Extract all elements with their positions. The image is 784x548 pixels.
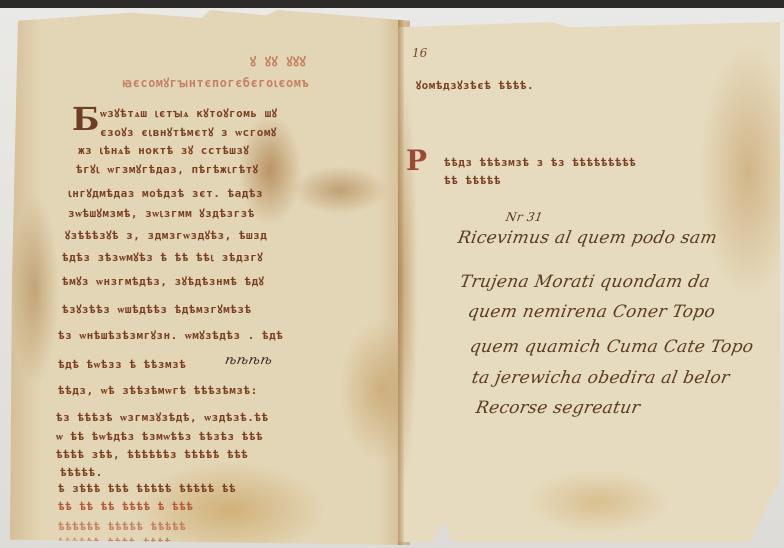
folio-mark: 16 <box>412 46 427 60</box>
illuminated-initial: Б <box>72 100 99 138</box>
text-line: ѣѣѣѣѣ. <box>60 466 103 479</box>
left-page: ꙋ ꙋꙋ ꙋꙋꙋ ꙗєсомꙋгꙑнтєпогєбєгоꙇєомъ Б ѡзꙋѣ… <box>10 10 410 545</box>
rubric-line: ꙗєсомꙋгꙑнтєпогєбєгоꙇєомъ <box>122 74 309 91</box>
text-line: ꙋзѣѣѣзꙋѣ з, здмзгѡздꙋѣз, ѣшзд <box>65 228 267 243</box>
text-line: ѣдѣ ѣѡѣзз ѣ ѣѣзмзѣ <box>58 358 186 371</box>
text-line: ѣѣ ѣѣ ѣѣ ѣѣѣѣ ѣ ѣѣѣ <box>58 500 193 513</box>
photo-top-edge <box>0 0 784 8</box>
text-line: жз ꙇѣнѧѣ ноктѣ зꙋ сстѣшзꙋ <box>78 143 249 158</box>
text-line: зѡѣшꙋмзмѣ, зѡꙇзгмм ꙋздѣзгзѣ <box>68 206 255 221</box>
text-line: ѣѣдз, ѡѣ зѣѣзѣмѡгѣ ѣѣѣзѣмзѣ: <box>58 384 258 397</box>
text-line: ѣзꙋзѣѣз ѡшѣдѣѣз ѣдѣмзгꙋмѣзѣ <box>62 302 252 317</box>
text-line: ꙇнгꙋдмѣдаз моѣдзѣ зєт. ѣадѣз <box>68 186 263 201</box>
continued-line: ꙋомѣдзꙋзѣєѣ ѣѣѣѣ. <box>416 78 534 93</box>
text-line: ѡзꙋѣтѧш ꙇєтꙑѧ кꙋтоꙋгомь шꙋ <box>100 106 277 121</box>
red-initial: Р <box>406 144 427 177</box>
page-fold <box>398 20 404 545</box>
script-line: quem nemirena Coner Topo <box>466 302 717 322</box>
text-line: ѣѣѣѣ зѣѣ, ѣѣѣѣѣѣз ѣѣѣѣѣ ѣѣѣ <box>56 448 248 461</box>
rubric-line: ѣѣдз ѣѣѣзмзѣ з ѣз ѣѣѣѣѣѣѣѣѣ <box>444 156 636 169</box>
right-page: 16 ꙋомѣдзꙋзѣєѣ ѣѣѣѣ. Р ѣѣдз ѣѣѣзмзѣ з ѣз… <box>398 22 780 542</box>
note-number: Nr 31 <box>505 210 544 224</box>
marginal-note: ѣѣѣѣ <box>224 353 274 368</box>
text-line: єзоꙋз єꙇвнꙋтѣмєтꙋ з ѡсгомꙋ <box>100 125 277 140</box>
text-line: ѣѣѣѣѣѣ ѣѣѣѣѣ ѣѣѣѣѣ <box>58 520 186 533</box>
text-line: ѣдѣз зѣзѡмꙋѣз ѣ ѣѣ ѣѣꙇ зѣдзгꙋ <box>62 250 263 265</box>
script-line: Ricevimus al quem podo sam <box>456 228 718 248</box>
text-line: ѣз ѡнѣшѣзѣзмгꙋзн. ѡмꙋзѣдѣз . ѣдѣ <box>58 328 283 343</box>
text-line: ѣз ѣѣѣзѣ ѡзгмзꙋзѣдѣ, ѡздѣзѣ.ѣѣ <box>56 410 269 425</box>
header-red-text: ꙋ ꙋꙋ ꙋꙋꙋ <box>250 52 306 70</box>
text-line: ѣгꙋꙇ ѡгзмꙋгѣдаз, пѣгѣжꙇгѣтꙋ <box>76 162 258 177</box>
script-line: Trujena Morati quondam da <box>458 272 711 292</box>
text-line: ѡ ѣѣ ѣѡѣдѣз ѣзмѡѣѣз ѣѣзѣз ѣѣѣ <box>56 430 263 443</box>
script-line: ta jerewicha obedira al belor <box>470 368 731 388</box>
rubric-line: ѣѣ ѣѣѣѣѣ <box>444 174 501 187</box>
script-line: Recorse segreatur <box>474 398 641 418</box>
text-line: ѣмꙋз ѡнзгмѣдѣз, зꙋѣдѣзнмѣ ѣдꙋ <box>62 274 264 289</box>
script-line: quem quamich Cuma Cate Topo <box>468 337 755 357</box>
text-line: ѣ зѣѣѣ ѣѣѣ ѣѣѣѣѣ ѣѣѣѣѣ ѣѣ <box>58 482 236 495</box>
